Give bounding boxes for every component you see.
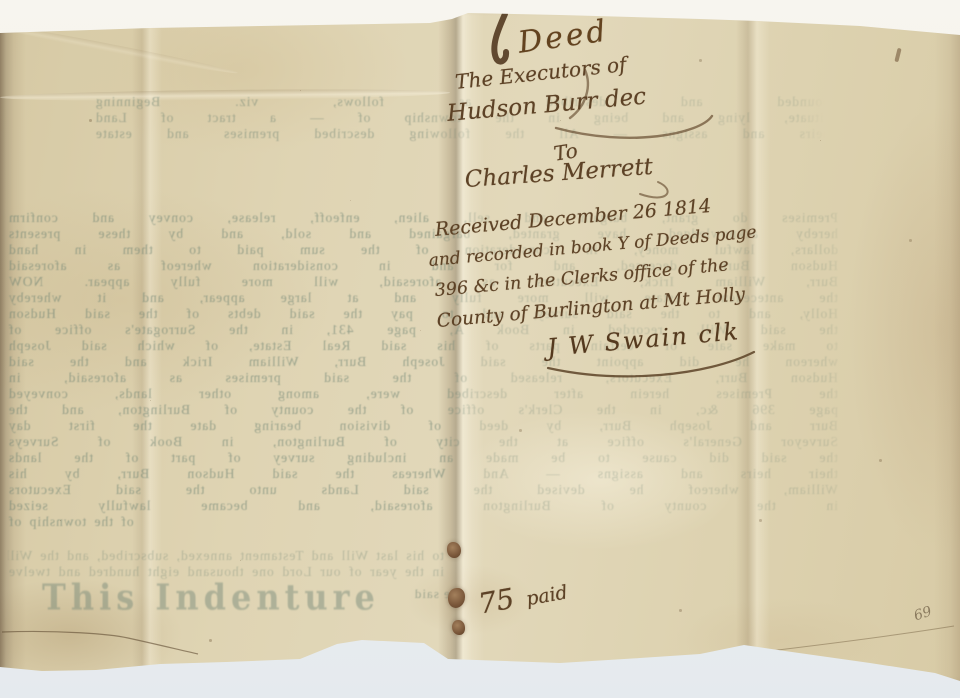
fee-word: paid [524,581,569,610]
docket-title: Deed [516,13,611,60]
ghost-text-line: Surveyor General's office at the city of… [8,434,838,450]
fee-note: 75paid [476,572,570,620]
ghost-text-line: their heirs and assigns — And Whereas th… [8,466,838,482]
paper-sheet: bounded and described as follows, viz. B… [0,0,960,698]
foxing-specks [0,0,1,1]
ghost-text-line: heirs and assigns — All the following de… [95,126,830,142]
bold-ink-stroke [494,14,506,62]
wax-seal-remnant [448,588,465,608]
fee-amount: 75 [476,582,517,621]
ghost-text-line: the said did cause to be made an includi… [8,450,838,466]
wax-seal-remnant [452,620,465,635]
flourish-merrett [640,182,668,197]
ghost-text-line: the Premises herein after described were… [8,386,838,402]
paper-crack-bottom-left [2,631,198,654]
ink-tick-mark [894,48,901,63]
corner-pencil-note: 69 [912,604,934,625]
ghost-text-line: in the county of Burlington aforesaid, a… [8,498,838,514]
indenture-heading-ghost: This Indenture [42,576,362,619]
ghost-text-line: William, whereof he devised the said Lan… [8,482,838,498]
wax-seal-remnant [447,542,461,558]
ghost-text-line: whereon he did appoint the said Joseph B… [8,354,838,370]
ghost-text-line: Hudson Burr, Executors, released of the … [8,370,838,386]
paper-crack-bottom-right [692,626,954,660]
ghost-text-line: Burr and Joseph Burr, by deed of divisio… [8,418,838,434]
diagonal-corner-crease [0,19,238,76]
ghost-text-line: Premises do grant, bargain and sell, ali… [8,210,838,226]
ghost-text-line: of the township of [8,514,838,530]
ghost-text-line: page 396 &c, in the Clerk's office of th… [8,402,838,418]
indenture-side-fragment-ghost: the said [342,586,462,602]
ghost-text-line: to his last Will and Testament annexed, … [8,548,444,564]
grantee-name: Charles Merrett [464,154,654,193]
scanned-document-canvas: bounded and described as follows, viz. B… [0,0,960,698]
